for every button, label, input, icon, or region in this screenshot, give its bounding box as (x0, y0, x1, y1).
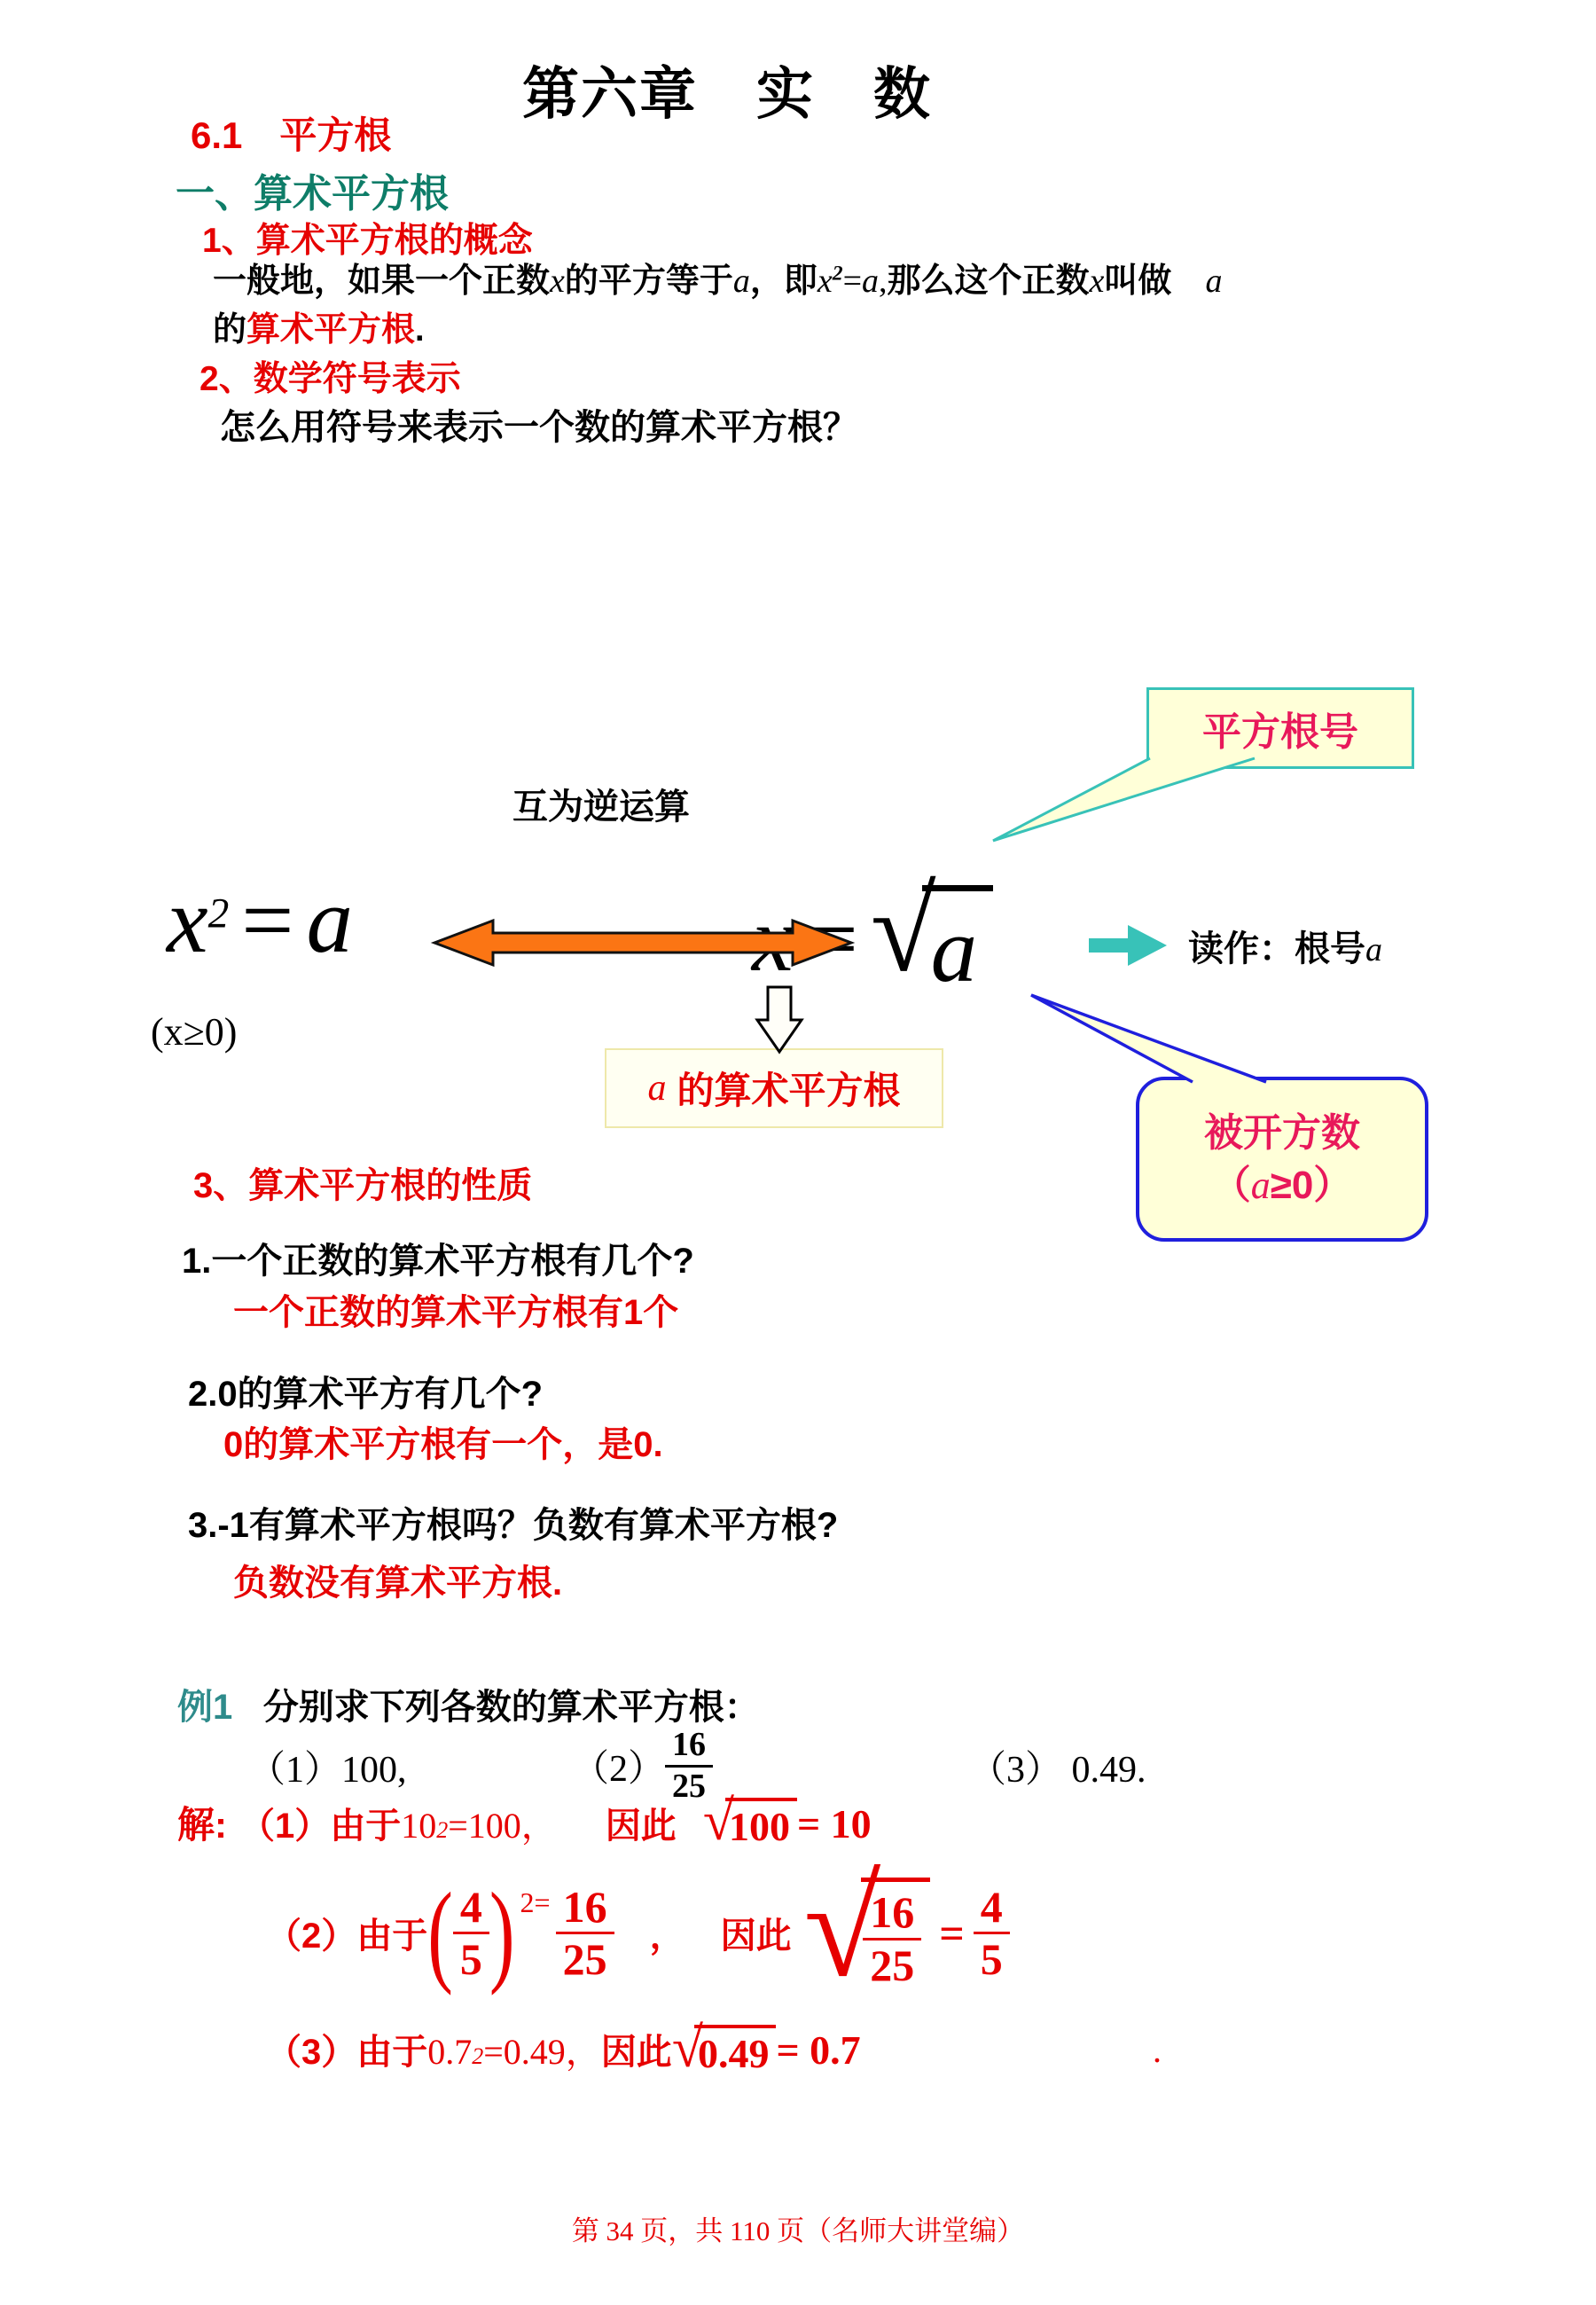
var-x: x (818, 263, 833, 300)
solution-line2: （2）由于 ( 4 5 ) 2= 16 25 ， 因此 √ 16 25 = 4 … (266, 1873, 1010, 1993)
symbol-heading: 2、数学符号表示 (199, 351, 461, 401)
solution-line1: 解: （1）由于102=100， 因此 √100 = 10 (177, 1796, 872, 1849)
callout-sqrt-tail (993, 758, 1255, 841)
equation-x-squared: x2=a (167, 874, 353, 967)
sol3-prefix: （3）由于 (266, 2024, 427, 2074)
example-item3: （3） 0.49. (969, 1740, 1146, 1793)
item2-prefix: （2） (572, 1739, 665, 1792)
property-q1: 1.一个正数的算术平方根有几个? (182, 1233, 694, 1283)
sol1-then: 因此 (606, 1798, 677, 1848)
var-a: a (733, 263, 750, 300)
sol2-radical: √ 16 25 (804, 1878, 931, 1988)
symbol-question: 怎么用符号来表示一个数的算术平方根？ (220, 399, 858, 450)
callout-sqrt-symbol: 平方根号 (1146, 687, 1414, 769)
equals: = (930, 1908, 974, 1959)
sol2-radicand: 16 25 (861, 1878, 930, 1988)
sol3-then: 因此 (601, 2024, 672, 2074)
var-a: a (1205, 263, 1222, 300)
sol1-base: 10 (401, 1805, 436, 1846)
denominator: 25 (863, 1940, 921, 1989)
property-a3: 负数没有算术平方根. (233, 1555, 562, 1605)
textbook-page: 第六章 实 数 6.1 平方根 一、算术平方根 1、算术平方根的概念 一般地，如… (0, 0, 1596, 2305)
callout-radicand: 被开方数 （a≥0） (1136, 1077, 1428, 1242)
denominator: 5 (974, 1934, 1010, 1983)
properties-heading: 3、算术平方根的性质 (193, 1157, 532, 1208)
section-number: 6.1 平方根 (191, 106, 391, 160)
property-a2: 0的算术平方根有一个，是0. (223, 1416, 663, 1467)
callout-radicand-line2: （a≥0） (1212, 1159, 1353, 1211)
sol1-radical: √100 (703, 1798, 797, 1847)
callout-sqrt-tail-outline (993, 758, 1255, 841)
highlight-arith-sqrt: 算术平方根 (246, 311, 415, 349)
var-a: a (306, 868, 353, 972)
callout-radicand-tail-outline (1031, 995, 1266, 1082)
condition-text: ≥0） (1271, 1164, 1353, 1207)
concept-text: 一般地，如果一个正数 (213, 263, 550, 300)
callout-radicand-line1: 被开方数 (1204, 1107, 1360, 1159)
sol1-result: = 10 (797, 1800, 872, 1847)
var-a: a (862, 263, 879, 300)
paren: （ (1212, 1164, 1251, 1207)
sol1-prefix: （1）由于 (239, 1798, 401, 1848)
var-x: x (167, 868, 208, 972)
equals: = (794, 887, 871, 991)
concept-text: ，即 (750, 263, 818, 300)
denominator: 5 (453, 1934, 489, 1983)
sol2-comma: ， (650, 1908, 685, 1958)
sol3-exp: 2 (472, 2043, 483, 2070)
solution-label: 解: (177, 1796, 227, 1849)
callout-sqrt-label: 平方根号 (1202, 700, 1358, 757)
sol3-eq: =0.49， (483, 2024, 601, 2074)
sol2-then: 因此 (721, 1908, 792, 1958)
var-x: x (550, 263, 565, 300)
concept-text: 的 (213, 311, 246, 349)
numerator: 16 (665, 1728, 713, 1768)
example-label: 例1 (177, 1688, 232, 1727)
numerator: 16 (556, 1884, 614, 1935)
var-x: x (1090, 263, 1105, 300)
left-paren: ( (427, 1887, 453, 1979)
example-row: 例1 分别求下列各数的算术平方根： (177, 1679, 760, 1729)
domain-condition: (x≥0) (151, 1009, 237, 1054)
example-prompt: 分别求下列各数的算术平方根： (263, 1688, 760, 1727)
sol3-period: . (1153, 2029, 1162, 2071)
a-arith-sqrt-box: a的算术平方根 (605, 1048, 943, 1128)
concept-line1: 一般地，如果一个正数x的平方等于a，即x2=a,那么这个正数x叫做 a (213, 253, 1222, 302)
sol3-result: = 0.7 (776, 2027, 860, 2074)
fraction-16-25: 16 25 (863, 1889, 921, 1988)
sol2-prefix: （2）由于 (266, 1908, 427, 1958)
exponent-2: 2 (833, 262, 843, 285)
example-item1: （1）100, (248, 1740, 407, 1793)
exponent-2: 2 (208, 891, 230, 937)
concept-text: 叫做 (1104, 263, 1171, 300)
domain-text: (x≥0) (151, 1010, 237, 1054)
numerator: 4 (453, 1884, 489, 1935)
inverse-operation-label: 互为逆运算 (512, 779, 690, 829)
equals: = (843, 263, 862, 300)
fraction-4-5: 4 5 (453, 1884, 489, 1983)
denominator: 25 (556, 1934, 614, 1983)
property-a1: 一个正数的算术平方根有1个 (233, 1284, 678, 1335)
right-arrow-icon (1089, 925, 1167, 966)
var-a: a (1251, 1164, 1271, 1207)
heading-arithmetic-sqrt: 一、算术平方根 (176, 161, 449, 218)
radical-expression: √a (871, 885, 993, 994)
var-a: a (647, 1067, 666, 1109)
sol2-exp-eq: 2= (515, 1886, 556, 1919)
sol3-radical: √0.49 (672, 2025, 777, 2074)
read-as-label: 读作：根号a (1188, 921, 1382, 971)
period: . (415, 311, 425, 349)
sol3-base: 0.7 (427, 2031, 472, 2073)
var-a: a (1365, 931, 1382, 968)
example-item2: （2） 16 25 (572, 1728, 713, 1805)
numerator: 16 (863, 1889, 921, 1940)
a-arith-sqrt-text: 的算术平方根 (677, 1062, 900, 1115)
property-q3: 3.-1有算术平方根吗？负数有算术平方根? (188, 1497, 838, 1548)
sol1-radicand: 100 (725, 1798, 797, 1847)
fraction-4-5-result: 4 5 (974, 1884, 1010, 1983)
sol3-radicand: 0.49 (694, 2025, 777, 2074)
numerator: 4 (974, 1884, 1010, 1935)
fraction-16-25: 16 25 (556, 1884, 614, 1983)
equation-x-sqrt-a: x=√a (752, 885, 993, 994)
var-x: x (752, 887, 794, 991)
right-paren: ) (489, 1887, 515, 1979)
read-as-text: 读作：根号 (1188, 929, 1365, 968)
equals: = (229, 868, 306, 972)
solution-line3: （3）由于0.72=0.49，因此 √0.49 = 0.7 (266, 2024, 861, 2074)
callout-radicand-tail (1031, 995, 1266, 1082)
concept-text: 那么这个正数 (888, 263, 1090, 300)
down-arrow-icon (757, 987, 802, 1052)
sol1-eq: =100， (448, 1798, 557, 1848)
radicand-a: a (922, 885, 994, 994)
comma: , (879, 263, 888, 300)
concept-text: 的平方等于 (565, 263, 733, 300)
property-q2: 2.0的算术平方有几个? (188, 1366, 543, 1416)
page-footer: 第 34 页，共 110 页（名师大讲堂编） (0, 2208, 1596, 2248)
sol1-exp: 2 (436, 1817, 448, 1844)
concept-line2: 的算术平方根. (213, 302, 425, 350)
